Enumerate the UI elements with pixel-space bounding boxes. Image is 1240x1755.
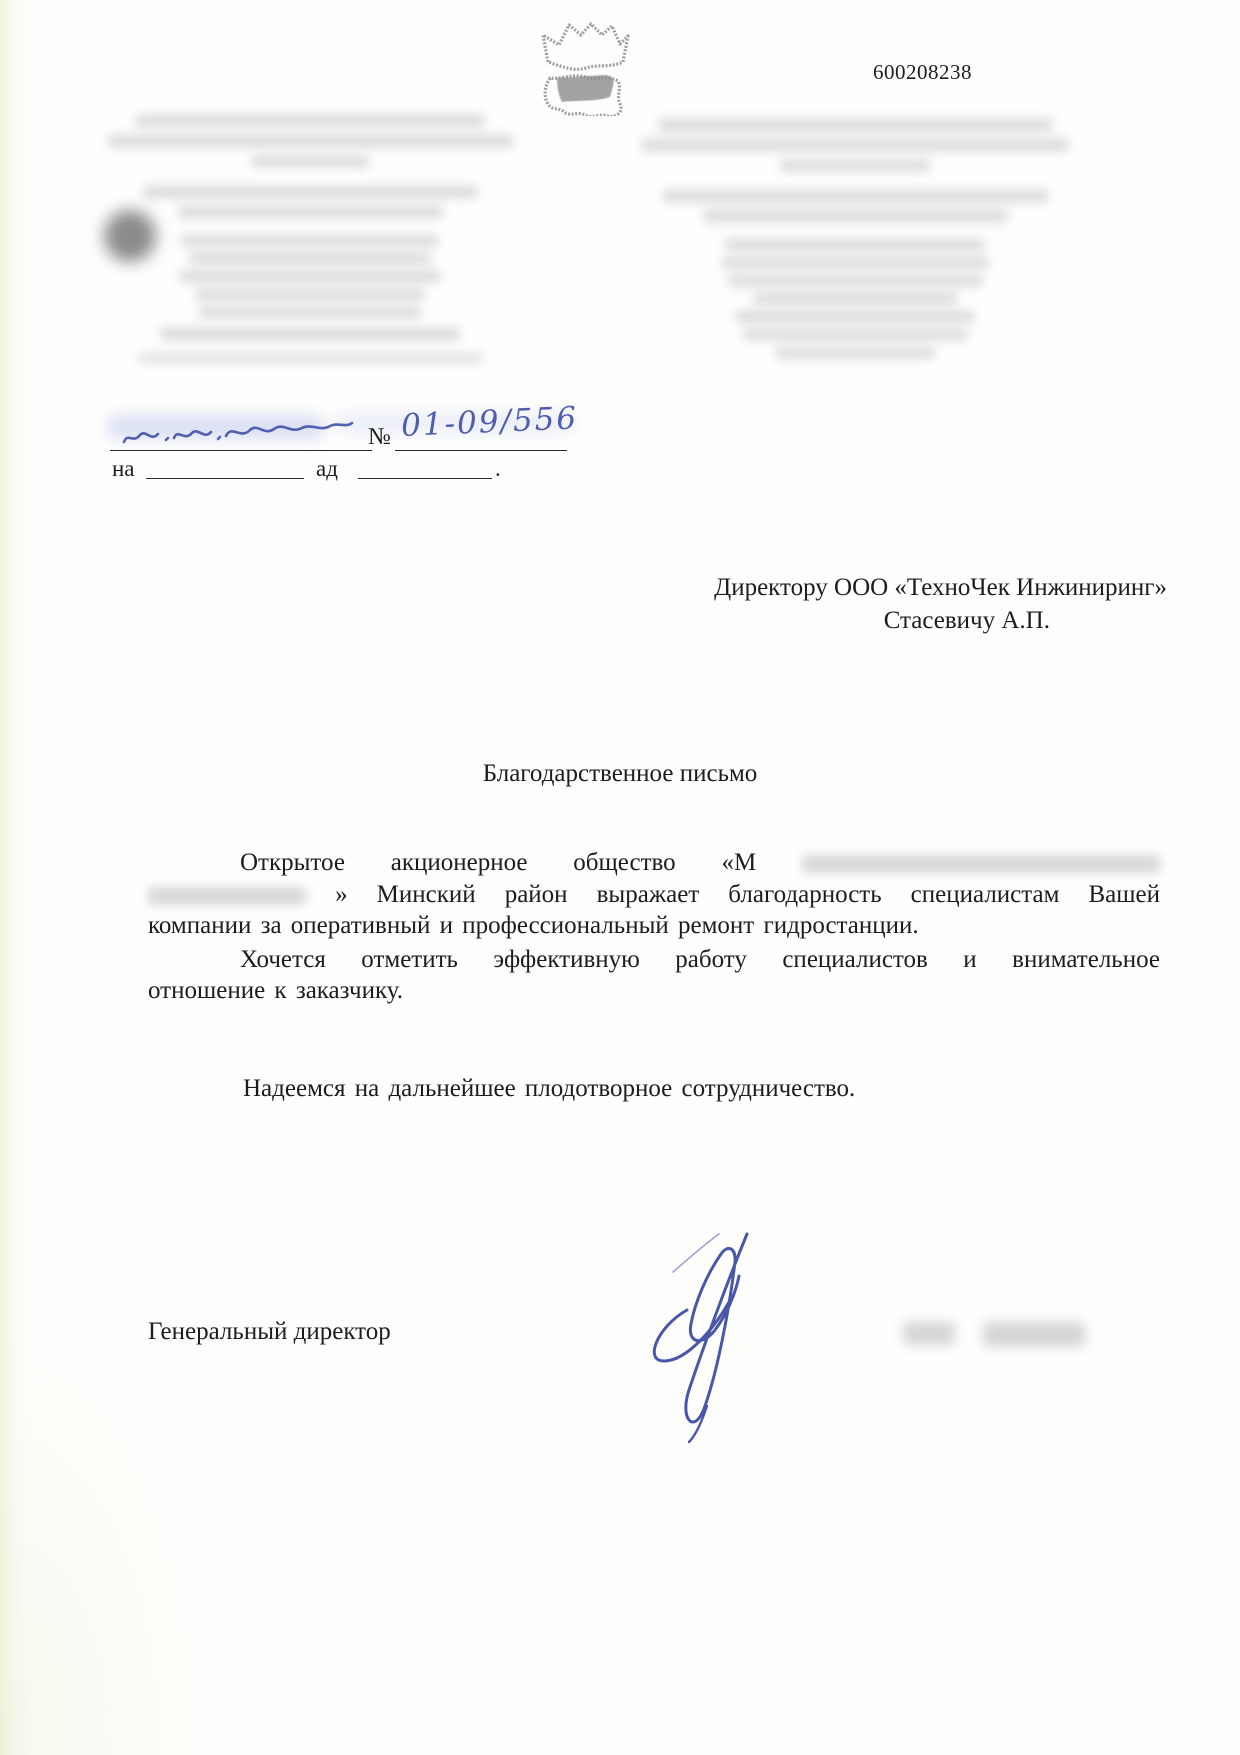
na-label: на xyxy=(112,456,135,482)
signature-ink xyxy=(615,1230,825,1445)
redacted-text-line xyxy=(108,134,513,148)
body-p2-line2: отношение к заказчику. xyxy=(148,975,1160,1007)
redacted-text-line xyxy=(658,118,1053,132)
redacted-text-line xyxy=(703,209,1008,223)
redacted-text-line xyxy=(780,159,930,172)
ad-label: ад xyxy=(316,456,338,482)
redacted-text-line xyxy=(179,270,441,283)
addressee-line2: Стасевичу А.П. xyxy=(600,605,1050,637)
letter-page: 600208238 xyxy=(0,0,1240,1755)
redacted-signer-surname xyxy=(983,1322,1085,1347)
letterhead-right-redacted xyxy=(640,118,1070,359)
redacted-text-line xyxy=(728,274,983,287)
addressee-line1: Директору ООО «ТехноЧек Инжиниринг» xyxy=(600,572,1167,604)
body-p1-line1: Открытое акционерное общество «М xyxy=(148,847,1160,879)
body-p2-line1: Хочется отметить эффективную работу спец… xyxy=(148,944,1160,976)
redacted-text-line xyxy=(199,306,421,319)
redacted-text-line xyxy=(641,138,1069,152)
form-line-period: . xyxy=(495,456,501,482)
redacted-company-name xyxy=(148,887,306,905)
body-p1-line3: компании за оперативный и профессиональн… xyxy=(148,910,1160,942)
letter-body: Открытое акционерное общество «М » Минск… xyxy=(148,847,1160,1104)
ad-underline xyxy=(358,456,492,479)
body-p3: Надеемся на дальнейшее плодотворное сотр… xyxy=(148,1073,1160,1105)
number-sign: № xyxy=(368,424,391,451)
redacted-text-line xyxy=(735,310,975,323)
letter-title: Благодарственное письмо xyxy=(0,760,1240,788)
redacted-text-line xyxy=(743,328,968,341)
letterhead-left-redacted xyxy=(105,114,515,364)
redacted-text-line xyxy=(753,292,958,305)
redacted-text-line xyxy=(775,347,935,359)
redacted-signer-initials xyxy=(903,1322,955,1345)
crown-leather-hide-logo-icon xyxy=(540,20,630,116)
redacted-text-line xyxy=(721,256,989,269)
redacted-text-line xyxy=(663,189,1048,203)
body-p1-line2: » Минский район выражает благодарность с… xyxy=(148,879,1160,911)
redacted-text-line xyxy=(178,205,443,219)
redacted-text-line xyxy=(160,327,460,341)
redacted-company-name xyxy=(802,855,1160,873)
redacted-text-line xyxy=(138,352,483,364)
redacted-text-line xyxy=(135,114,485,128)
redacted-text-line xyxy=(195,288,425,301)
stamp-blob xyxy=(104,210,156,262)
redacted-text-line xyxy=(189,252,431,265)
redacted-text-line xyxy=(181,234,439,247)
na-underline xyxy=(146,456,304,479)
number-underline xyxy=(395,426,567,451)
redacted-text-line xyxy=(725,238,985,251)
redacted-text-line xyxy=(251,155,369,168)
date-underline xyxy=(110,426,372,451)
redacted-text-line xyxy=(143,185,478,199)
doc-number: 600208238 xyxy=(873,60,972,85)
signer-position: Генеральный директор xyxy=(148,1318,391,1346)
